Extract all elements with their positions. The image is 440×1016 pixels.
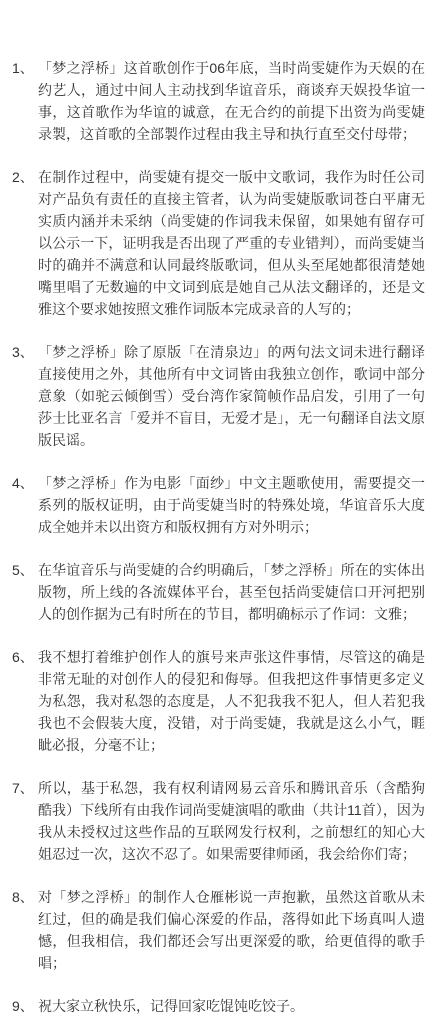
paragraph-text: 「梦之浮桥」这首歌创作于06年底，当时尚雯婕作为天娱的在约艺人，通过中间人主动找… (38, 57, 425, 145)
paragraph-text: 所以，基于私怨，我有权利请网易云音乐和腾讯音乐（含酷狗酷我）下线所有由我作词尚雯… (38, 777, 425, 865)
paragraph-number: 6、 (8, 646, 38, 756)
paragraph-number: 9、 (8, 995, 38, 1016)
paragraph-number: 5、 (8, 559, 38, 625)
paragraph-number: 7、 (8, 777, 38, 865)
paragraph-number: 4、 (8, 472, 38, 538)
paragraph: 3、 「梦之浮桥」除了原版「在清泉边」的两句法文词未进行翻译直接使用之外，其他所… (8, 341, 425, 451)
paragraph-text: 我不想打着维护创作人的旗号来声张这件事情，尽管这的确是非常无耻的对创作人的侵犯和… (38, 646, 425, 756)
paragraph: 1、 「梦之浮桥」这首歌创作于06年底，当时尚雯婕作为天娱的在约艺人，通过中间人… (8, 57, 425, 145)
paragraph-number: 8、 (8, 886, 38, 974)
paragraph: 7、 所以，基于私怨，我有权利请网易云音乐和腾讯音乐（含酷狗酷我）下线所有由我作… (8, 777, 425, 865)
paragraph: 2、 在制作过程中，尚雯婕有提交一版中文歌词，我作为时任公司对产品负有责任的直接… (8, 166, 425, 320)
paragraph: 9、 祝大家立秋快乐，记得回家吃馄饨吃饺子。 (8, 995, 425, 1016)
paragraph: 5、 在华谊音乐与尚雯婕的合约明确后，「梦之浮桥」所在的实体出版物，所上线的各流… (8, 559, 425, 625)
paragraph: 4、 「梦之浮桥」作为电影「面纱」中文主题歌使用，需要提交一系列的版权证明，由于… (8, 472, 425, 538)
paragraph-text: 在华谊音乐与尚雯婕的合约明确后，「梦之浮桥」所在的实体出版物，所上线的各流媒体平… (38, 559, 425, 625)
paragraph-text: 「梦之浮桥」除了原版「在清泉边」的两句法文词未进行翻译直接使用之外，其他所有中文… (38, 341, 425, 451)
paragraph-text: 对「梦之浮桥」的制作人仓雁彬说一声抱歉，虽然这首歌从未红过，但的确是我们偏心深爱… (38, 886, 425, 974)
paragraph-text: 在制作过程中，尚雯婕有提交一版中文歌词，我作为时任公司对产品负有责任的直接主管者… (38, 166, 425, 320)
paragraph: 6、 我不想打着维护创作人的旗号来声张这件事情，尽管这的确是非常无耻的对创作人的… (8, 646, 425, 756)
paragraph-text: 「梦之浮桥」作为电影「面纱」中文主题歌使用，需要提交一系列的版权证明，由于尚雯婕… (38, 472, 425, 538)
paragraph: 8、 对「梦之浮桥」的制作人仓雁彬说一声抱歉，虽然这首歌从未红过，但的确是我们偏… (8, 886, 425, 974)
text-post: 1、 「梦之浮桥」这首歌创作于06年底，当时尚雯婕作为天娱的在约艺人，通过中间人… (0, 0, 440, 1016)
paragraph-number: 1、 (8, 57, 38, 145)
paragraph-number: 3、 (8, 341, 38, 451)
paragraph-number: 2、 (8, 166, 38, 320)
paragraph-text: 祝大家立秋快乐，记得回家吃馄饨吃饺子。 (38, 995, 425, 1016)
